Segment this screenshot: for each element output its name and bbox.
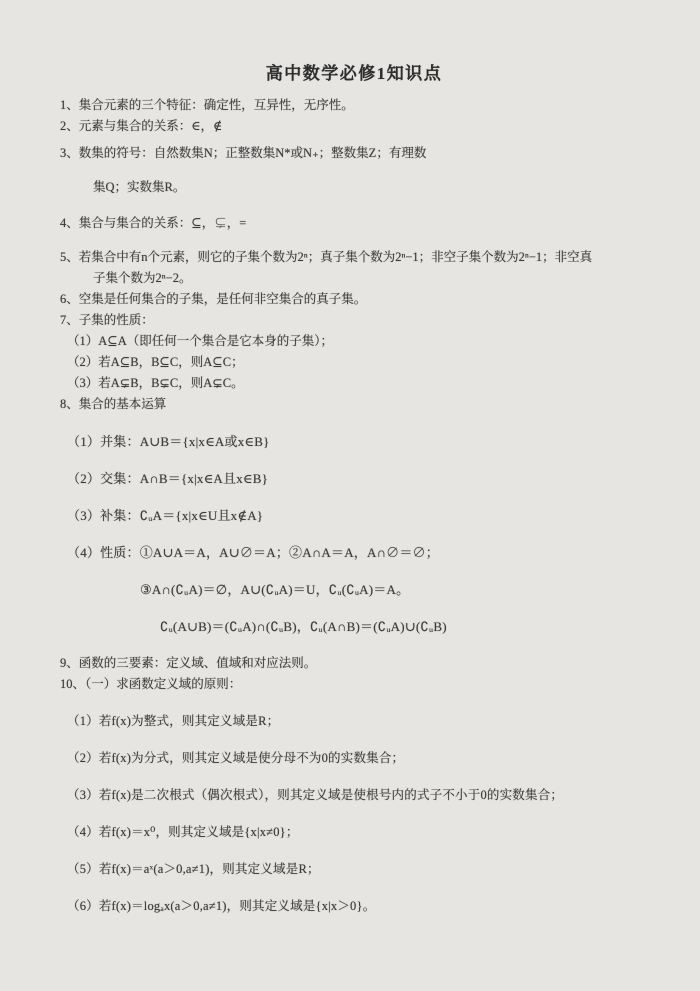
doc-line-2: 2、元素与集合的关系：∈，∉	[60, 116, 648, 137]
doc-line-1: 1、集合元素的三个特征：确定性，互异性，无序性。	[60, 95, 648, 116]
doc-line-8-4c: ∁ᵤ(A∪B)＝(∁ᵤA)∩(∁ᵤB)，∁ᵤ(A∩B)＝(∁ᵤA)∪(∁ᵤB)	[60, 616, 648, 637]
doc-line-10-1: （1）若f(x)为整式，则其定义域是R；	[60, 711, 648, 732]
doc-line-10: 10、（一）求函数定义域的原则：	[60, 674, 648, 695]
doc-line-10-6: （6）若f(x)＝logₐx(a＞0,a≠1)，则其定义域是{x|x＞0}。	[60, 896, 648, 917]
doc-line-8-1: （1）并集：A∪B＝{x|x∈A或x∈B}	[60, 431, 648, 452]
doc-line-8-2: （2）交集：A∩B＝{x|x∈A且x∈B}	[60, 468, 648, 489]
doc-line-3: 3、数集的符号：自然数集N；正整数集N*或N₊；整数集Z；有理数	[60, 143, 648, 164]
doc-line-10-3: （3）若f(x)是二次根式（偶次根式），则其定义域是使根号内的式子不小于0的实数…	[60, 785, 648, 806]
doc-line-5b: 子集个数为2ⁿ−2。	[60, 268, 648, 289]
document-content: 高中数学必修1知识点 1、集合元素的三个特征：确定性，互异性，无序性。 2、元素…	[0, 0, 700, 917]
doc-line-9: 9、函数的三要素：定义域、值域和对应法则。	[60, 653, 648, 674]
doc-line-5: 5、若集合中有n个元素，则它的子集个数为2ⁿ；真子集个数为2ⁿ−1；非空子集个数…	[60, 247, 648, 268]
doc-line-8-3: （3）补集：∁ᵤA＝{x|x∈U且x∉A}	[60, 505, 648, 526]
document-page: 高中数学必修1知识点 1、集合元素的三个特征：确定性，互异性，无序性。 2、元素…	[0, 0, 700, 991]
page-title: 高中数学必修1知识点	[60, 64, 648, 84]
doc-line-7-2: （2）若A⊆B，B⊆C，则A⊆C；	[60, 352, 648, 373]
doc-line-4: 4、集合与集合的关系：⊆，⊊，=	[60, 213, 648, 234]
doc-line-6: 6、空集是任何集合的子集，是任何非空集合的真子集。	[60, 289, 648, 310]
doc-line-8: 8、集合的基本运算	[60, 394, 648, 415]
doc-line-8-4b: ③A∩(∁ᵤA)＝∅，A∪(∁ᵤA)＝U，∁ᵤ(∁ᵤA)＝A。	[60, 579, 648, 600]
doc-line-7-3: （3）若A⊊B，B⊊C，则A⊊C。	[60, 373, 648, 394]
doc-line-8-4: （4）性质：①A∪A＝A，A∪∅＝A；②A∩A＝A，A∩∅＝∅；	[60, 542, 648, 563]
doc-line-7: 7、子集的性质：	[60, 310, 648, 331]
doc-line-7-1: （1）A⊆A（即任何一个集合是它本身的子集）；	[60, 331, 648, 352]
doc-line-10-4: （4）若f(x)＝x⁰，则其定义域是{x|x≠0}；	[60, 822, 648, 843]
doc-line-3b: 集Q；实数集R。	[60, 177, 648, 198]
doc-line-10-5: （5）若f(x)＝aˣ(a＞0,a≠1)，则其定义域是R；	[60, 859, 648, 880]
doc-line-10-2: （2）若f(x)为分式，则其定义域是使分母不为0的实数集合；	[60, 748, 648, 769]
